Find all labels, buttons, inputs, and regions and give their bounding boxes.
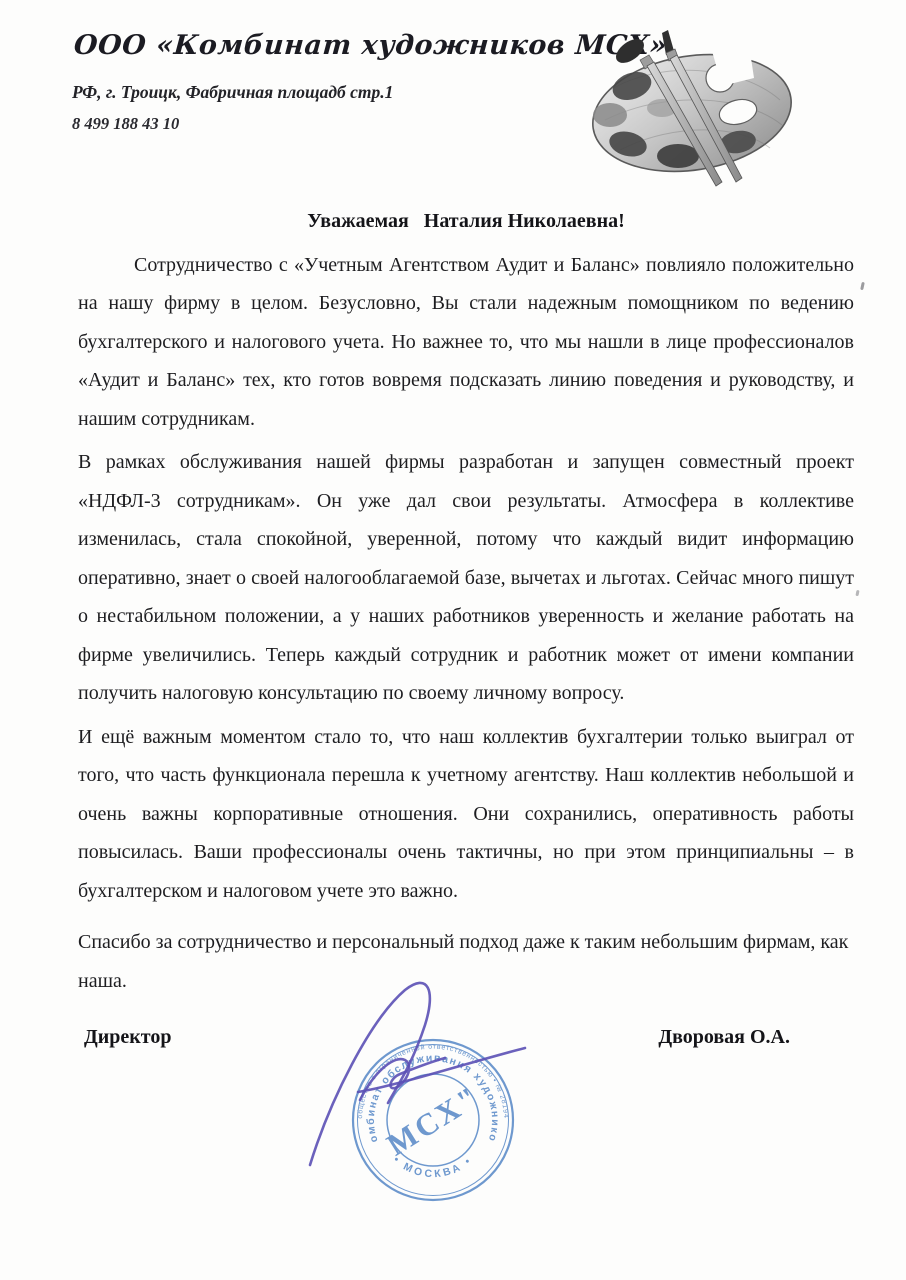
company-phone: 8 499 188 43 10 [72,114,179,134]
paragraph-1: Сотрудничество с «Учетным Агентством Ауд… [78,246,854,439]
signoff-row: Директор Дворовая О.А. [84,1026,790,1049]
paragraph-3: И ещё важным моментом стало то, что наш … [78,718,854,911]
salutation: Уважаемая Наталия Николаевна! [78,202,854,241]
palette-logo-icon [570,20,810,195]
paragraph-2: В рамках обслуживания нашей фирмы разраб… [78,443,854,713]
signoff-title: Директор [84,1026,172,1049]
director-signature [280,955,550,1175]
scan-artifact [860,282,864,290]
letter-body: Уважаемая Наталия Николаевна! Сотрудниче… [78,202,854,1005]
letter-page: ООО «Комбинат художников МСХ» РФ, г. Тро… [0,0,906,1280]
scan-artifact [855,590,859,596]
signoff-name: Дворовая О.А. [658,1026,790,1049]
company-address: РФ, г. Троицк, Фабричная площадб стр.1 [72,82,393,103]
